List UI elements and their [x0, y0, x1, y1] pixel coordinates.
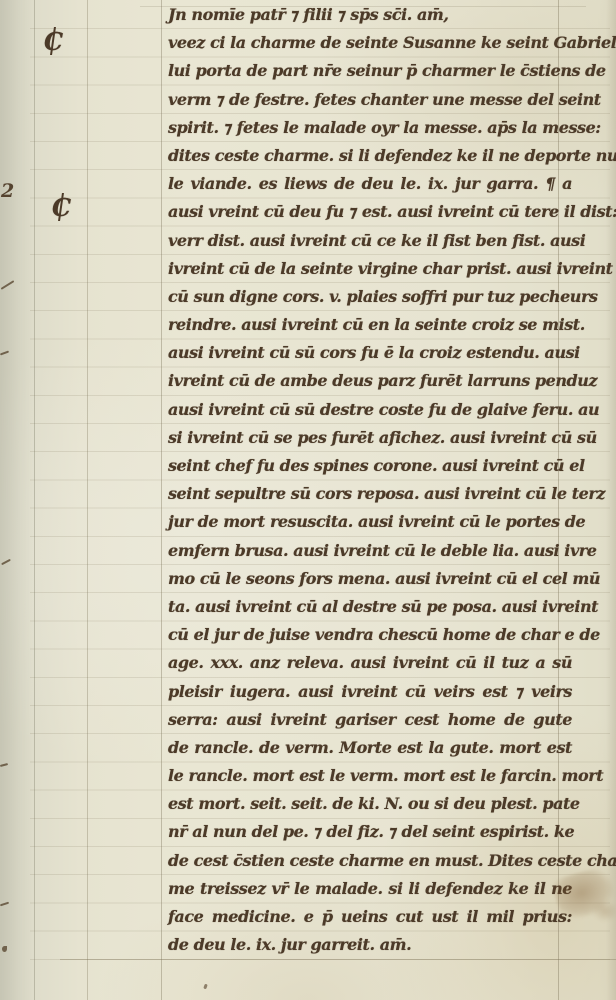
manuscript-text-line: le rancle. mort est le verm. mort est le… — [168, 762, 572, 790]
manuscript-text-line: jur de mort resuscita. ausi ivreint cū l… — [168, 508, 572, 536]
capitulum-mark: C — [44, 30, 63, 54]
manuscript-text-line: de deu le. ix. jur garreit. am̄. — [168, 931, 572, 959]
manuscript-text-line: seint sepultre sū cors reposa. ausi ivre… — [168, 480, 572, 508]
manuscript-text-line: dites ceste charme. si li defendez ke il… — [168, 142, 572, 170]
manuscript-text-line: me treissez vr̄ le malade. si li defende… — [168, 875, 572, 903]
manuscript-text-line: ivreint cū de la seinte virgine char pri… — [168, 255, 572, 283]
manuscript-text-line: ivreint cū de ambe deus parz furēt larru… — [168, 367, 572, 395]
manuscript-text-line: seint chef fu des spines corone. ausi iv… — [168, 452, 572, 480]
manuscript-text-line: verm ⁊ de festre. fetes chanter une mess… — [168, 86, 572, 114]
ink-fleck — [203, 984, 208, 990]
manuscript-text-line: face medicine. e p̄ ueins cut ust il mil… — [168, 903, 572, 931]
manuscript-text-line: emfern brusa. ausi ivreint cū le deble l… — [168, 537, 572, 565]
margin-ruling-line — [87, 0, 88, 1000]
manuscript-text-line: est mort. seit. seit. de ki. N. ou si de… — [168, 790, 572, 818]
manuscript-text-line: de cest c̄stien ceste charme en must. Di… — [168, 847, 572, 875]
manuscript-text-line: spirit. ⁊ fetes le malade oyr la messe. … — [168, 114, 572, 142]
manuscript-text-line: ta. ausi ivreint cū al destre sū pe posa… — [168, 593, 572, 621]
manuscript-text-line: ausi ivreint cū sū destre coste fu de gl… — [168, 396, 572, 424]
textblock-left-ruling-line — [161, 0, 162, 1000]
capitulum-mark: C — [52, 196, 71, 220]
manuscript-text-block: Jn nomīe patr̄ ⁊ filii ⁊ sp̄s sc̄i. am̄,… — [168, 1, 572, 963]
manuscript-text-line: si ivreint cū se pes furēt afichez. ausi… — [168, 424, 572, 452]
manuscript-text-line: serra: ausi ivreint gariser cest home de… — [168, 706, 572, 734]
manuscript-text-line: lui porta de part nr̄e seinur p̄ charmer… — [168, 57, 572, 85]
manuscript-text-line: verr dist. ausi ivreint cū ce ke il fist… — [168, 227, 572, 255]
pen-mark — [2, 946, 7, 952]
manuscript-page: C C 2 Jn nomīe patr̄ ⁊ filii ⁊ sp̄s sc̄i… — [0, 0, 616, 1000]
manuscript-text-line: mo cū le seons fors mena. ausi ivreint c… — [168, 565, 572, 593]
manuscript-text-line: Jn nomīe patr̄ ⁊ filii ⁊ sp̄s sc̄i. am̄, — [168, 1, 572, 29]
manuscript-text-line: reindre. ausi ivreint cū en la seinte cr… — [168, 311, 572, 339]
manuscript-text-line: ausi ivreint cū sū cors fu ē la croiz es… — [168, 339, 572, 367]
manuscript-text-line: pleisir iugera. ausi ivreint cū veirs es… — [168, 678, 572, 706]
quire-mark: 2 — [1, 180, 14, 202]
manuscript-text-line: veez ci la charme de seinte Susanne ke s… — [168, 29, 572, 57]
manuscript-text-line: cū sun digne cors. v. plaies soffri pur … — [168, 283, 572, 311]
manuscript-text-line: age. xxx. anz releva. ausi ivreint cū il… — [168, 649, 572, 677]
manuscript-text-line: ausi vreint cū deu fu ⁊ est. ausi ivrein… — [168, 198, 572, 226]
manuscript-text-line: le viande. es liews de deu le. ix. jur g… — [168, 170, 572, 198]
manuscript-text-line: cū el jur de juise vendra chescū home de… — [168, 621, 572, 649]
parchment-stain — [592, 900, 616, 922]
manuscript-text-line: de rancle. de verm. Morte est la gute. m… — [168, 734, 572, 762]
manuscript-text-line: nr̄ al nun del pe. ⁊ del fiz. ⁊ del sein… — [168, 818, 572, 846]
